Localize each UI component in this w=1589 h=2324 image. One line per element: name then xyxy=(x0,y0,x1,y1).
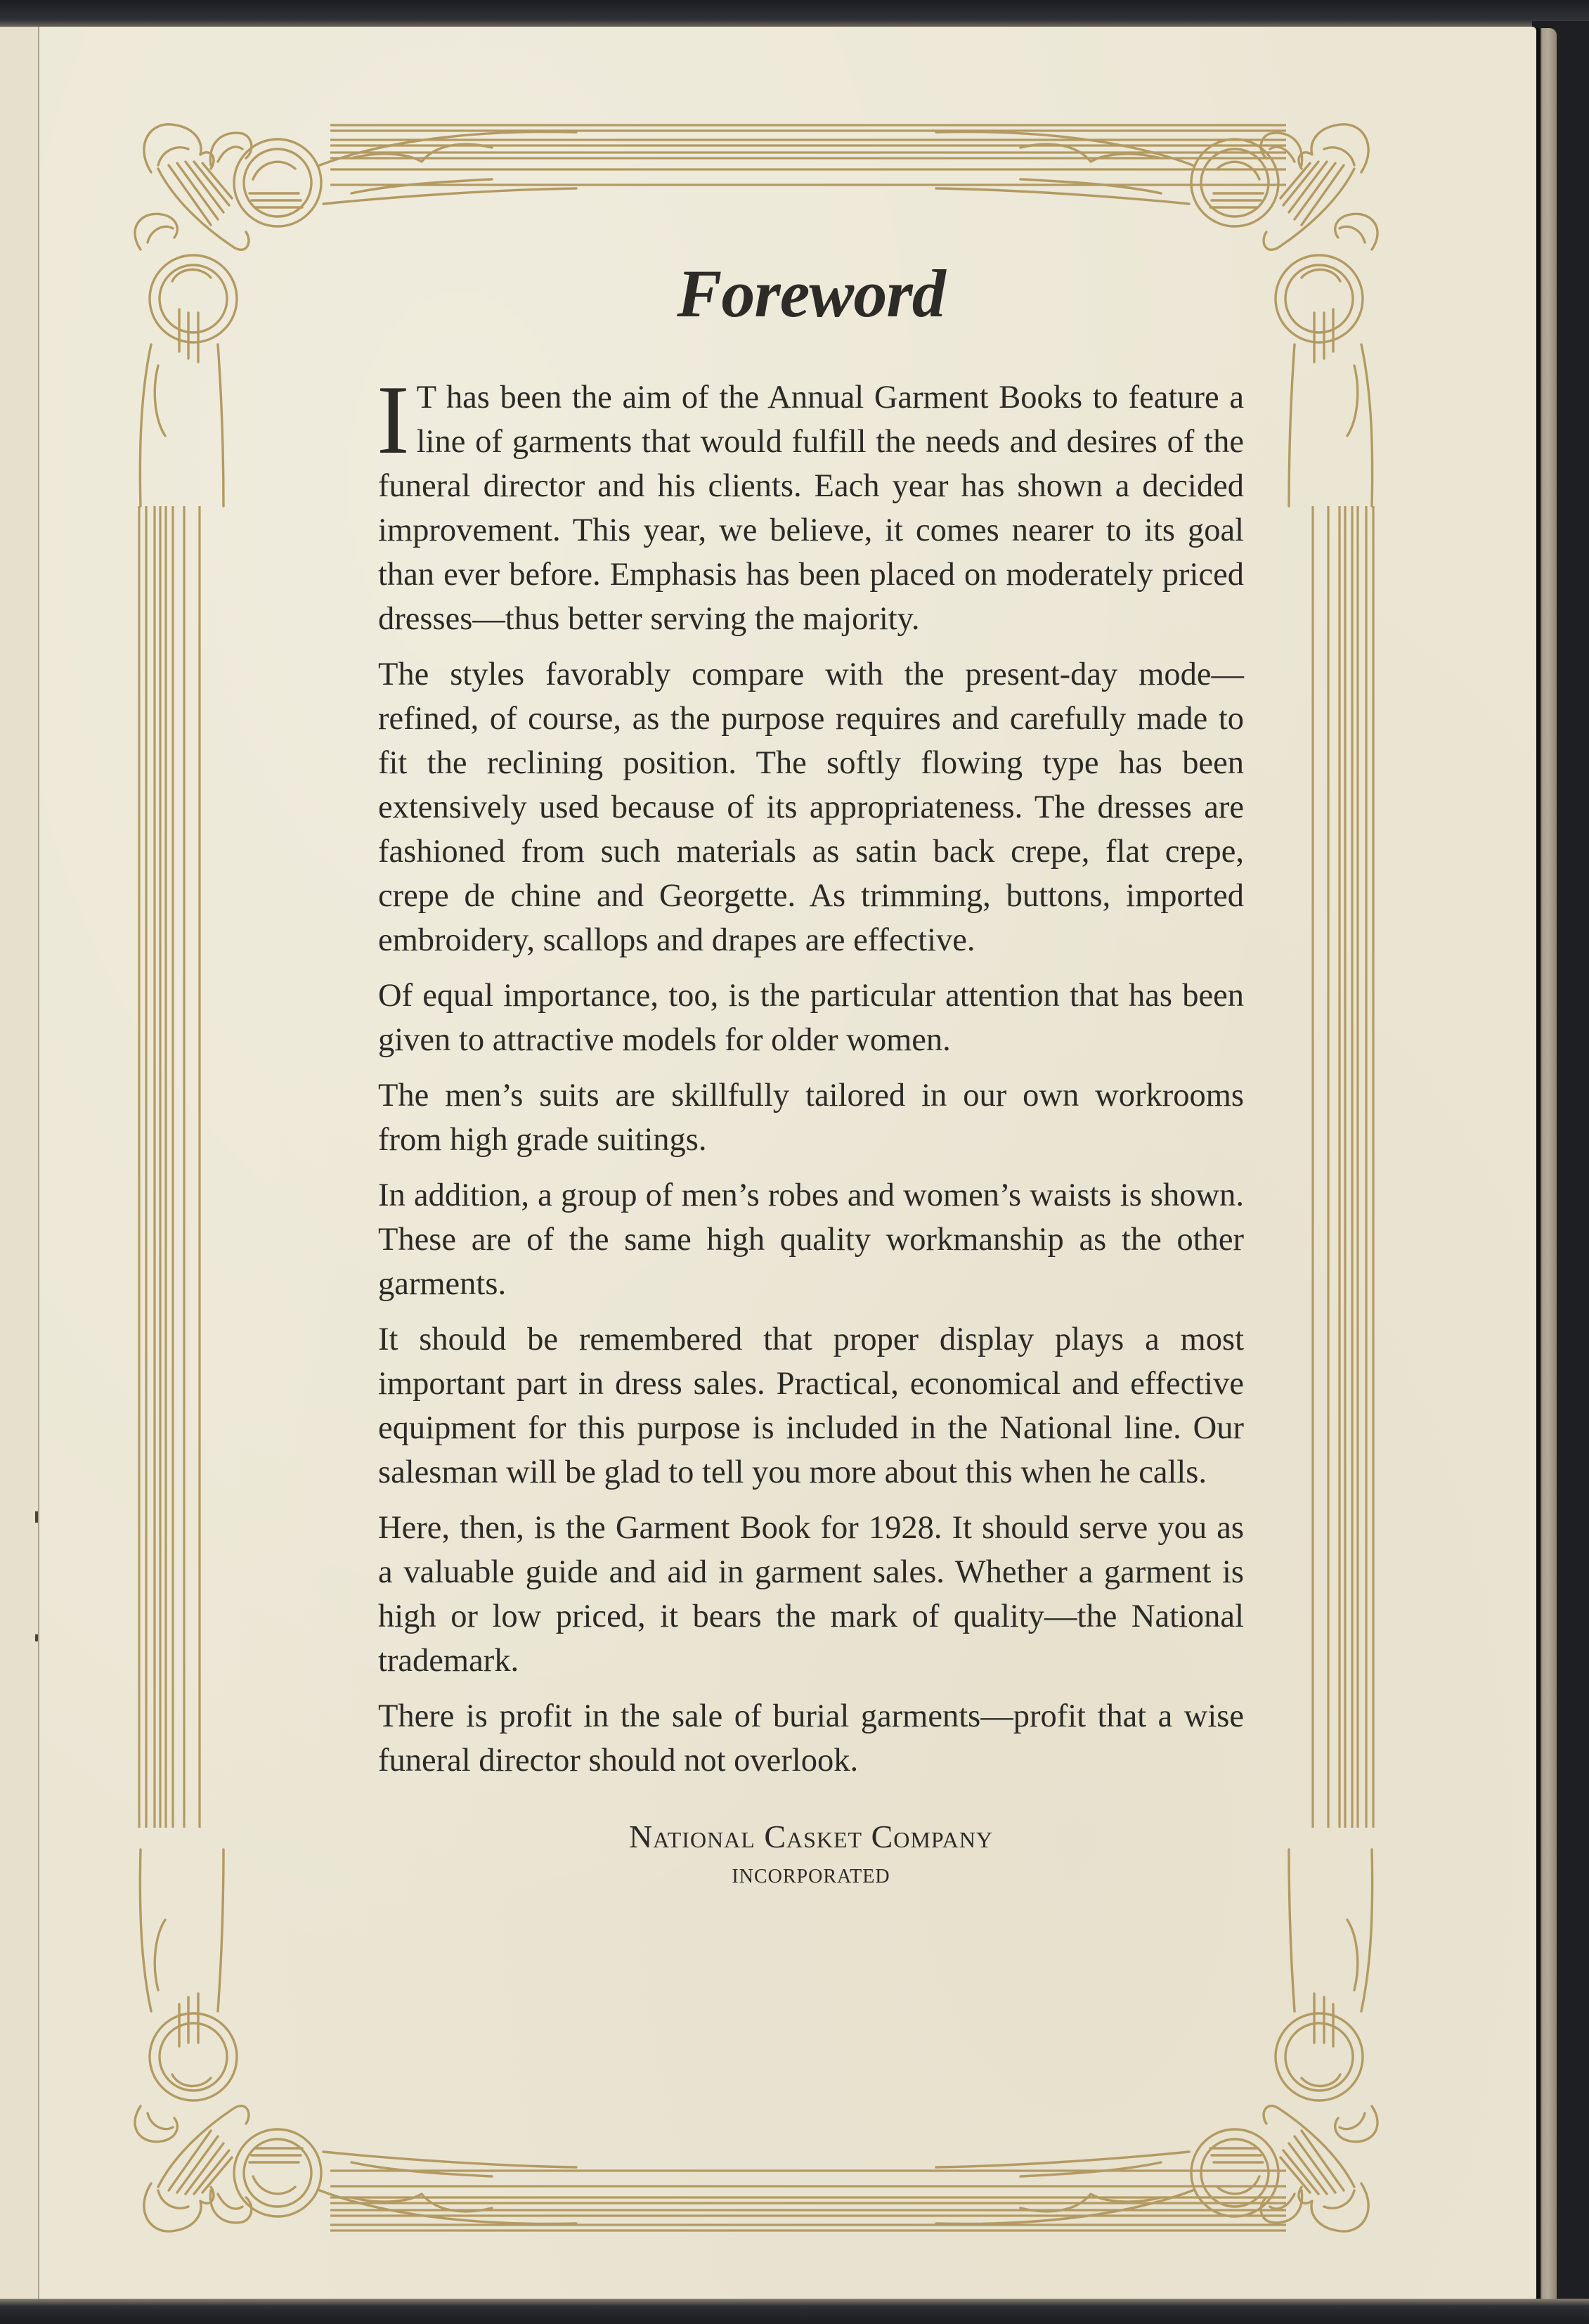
book-cover-top xyxy=(0,0,1589,28)
paragraph-3: Of equal importance, too, is the particu… xyxy=(378,974,1244,1062)
paragraph-1-text: T has been the aim of the Annual Garment… xyxy=(378,380,1244,637)
book-cover-bottom xyxy=(0,2299,1589,2324)
company-incorporated: INCORPORATED xyxy=(378,1866,1244,1888)
paragraph-5: In addition, a group of men’s robes and … xyxy=(378,1173,1244,1306)
page-gutter xyxy=(0,27,38,2302)
company-name: National Casket Company xyxy=(378,1821,1244,1853)
paragraph-2: The styles favorably compare with the pr… xyxy=(378,652,1244,962)
signature-block: National Casket Company INCORPORATED xyxy=(378,1821,1244,1888)
gutter-fold-line xyxy=(38,27,39,2302)
foreword-text-block: Foreword IT has been the aim of the Annu… xyxy=(378,260,1244,1888)
drop-cap: I xyxy=(377,381,410,460)
paragraph-4: The men’s suits are skillfully tailored … xyxy=(378,1073,1244,1162)
page-stack-edge xyxy=(1536,28,1557,2306)
paper-mark xyxy=(35,1511,38,1523)
paragraph-1: IT has been the aim of the Annual Garmen… xyxy=(378,375,1244,641)
paragraph-8: There is profit in the sale of burial ga… xyxy=(378,1694,1244,1783)
paragraph-6: It should be remembered that proper disp… xyxy=(378,1317,1244,1495)
page-title: Foreword xyxy=(378,260,1244,328)
paper-mark xyxy=(35,1634,38,1641)
paragraph-7: Here, then, is the Garment Book for 1928… xyxy=(378,1506,1244,1683)
